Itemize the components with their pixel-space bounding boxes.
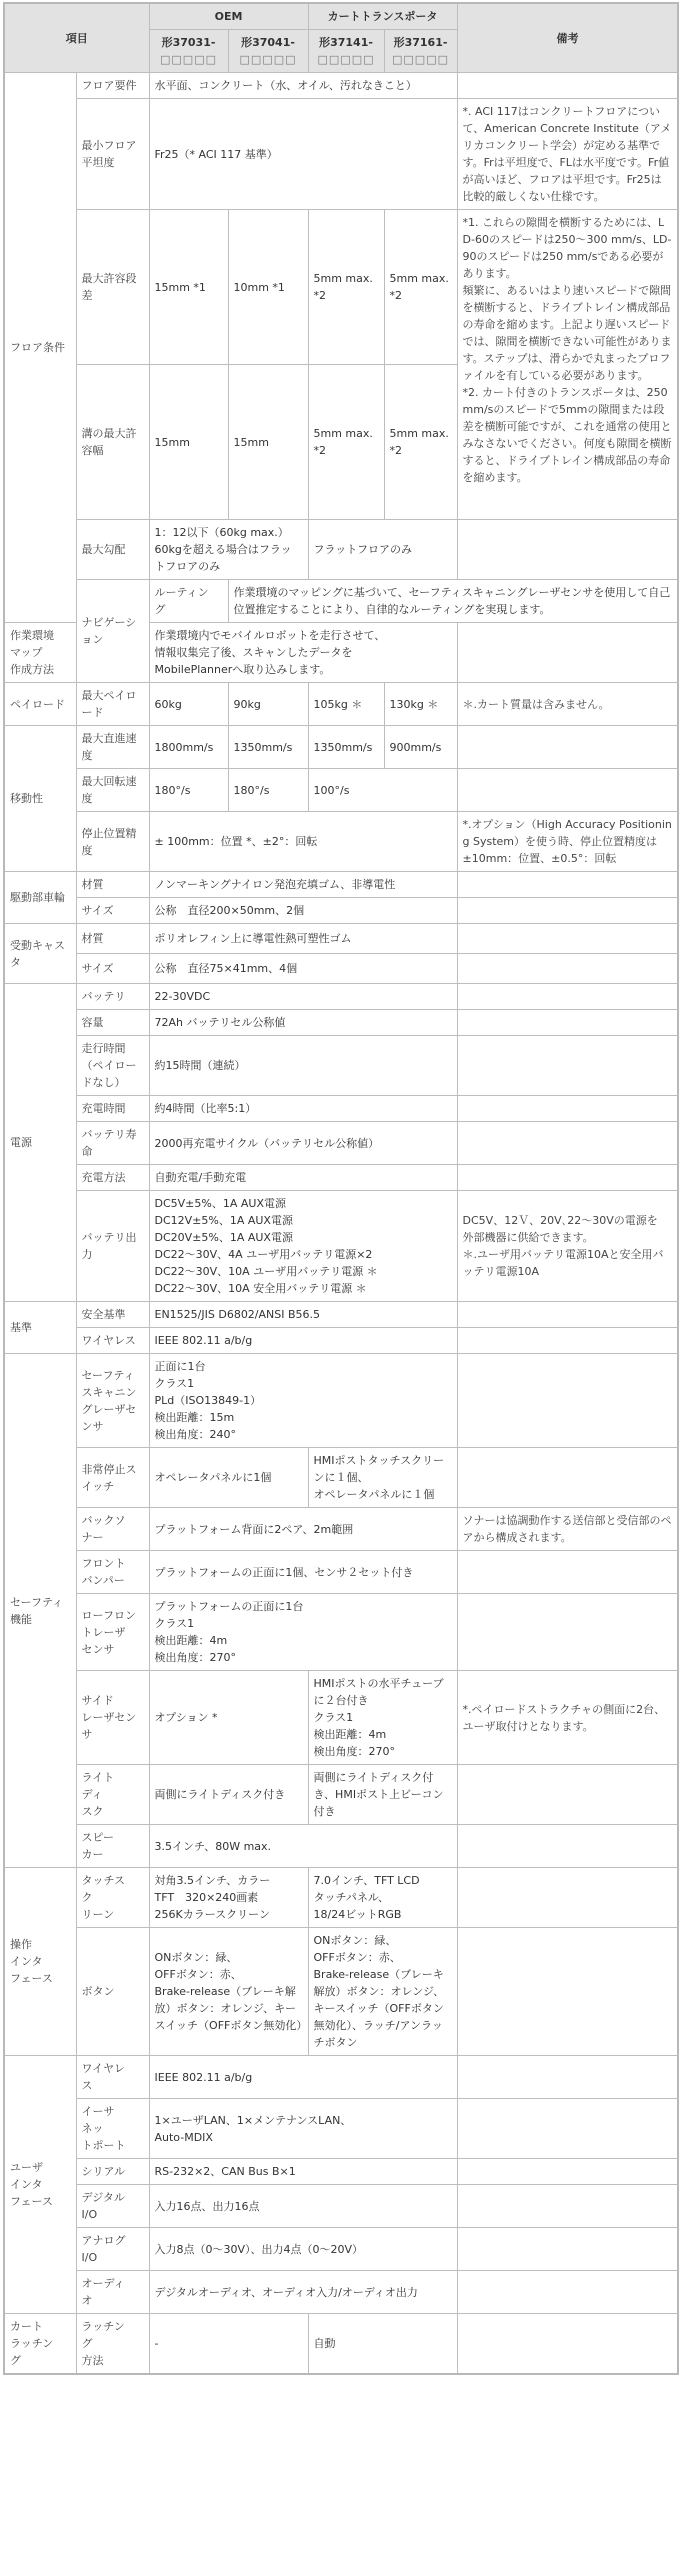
cell-note bbox=[457, 520, 678, 580]
cell-note bbox=[457, 898, 678, 924]
table-row: 走行時間（ペイロードなし） 約15時間（連続） bbox=[4, 1036, 678, 1096]
category-mobility: 移動性 bbox=[4, 726, 76, 872]
cell-note: *. ACI 117はコンクリートフロアについて、American Concre… bbox=[457, 99, 678, 210]
cell-value-oem: オペレータパネルに1個 bbox=[149, 1448, 308, 1508]
cell-value: 1800mm/s bbox=[149, 726, 228, 769]
item-label: 充電方法 bbox=[76, 1165, 149, 1191]
category-power: 電源 bbox=[4, 984, 76, 1302]
table-row: セーフティ機能 セーフティスキャニングレーザセンサ 正面に1台 クラス1 PLd… bbox=[4, 1354, 678, 1448]
cell-note bbox=[457, 1096, 678, 1122]
table-row: 電源 バッテリ 22-30VDC bbox=[4, 984, 678, 1010]
cell-note bbox=[457, 1328, 678, 1354]
table-row: ユーザ インタ フェース ワイヤレ ス IEEE 802.11 a/b/g bbox=[4, 2056, 678, 2099]
header-cart-transporter: カートトランスポータ bbox=[308, 3, 457, 30]
item-label: サイズ bbox=[76, 898, 149, 924]
cell-value-cart: 自動 bbox=[308, 2314, 457, 2375]
item-label: 最大ペイロード bbox=[76, 683, 149, 726]
table-row: 非常停止ス イッチ オペレータパネルに1個 HMIポストタッチスクリーンに１個、… bbox=[4, 1448, 678, 1508]
cell-note bbox=[457, 1551, 678, 1594]
category-cart-latching: カート ラッチン グ bbox=[4, 2314, 76, 2375]
cell-value: 60kg bbox=[149, 683, 228, 726]
table-row: ライト ディ スク 両側にライトディスク付き 両側にライトディスク付き、HMIポ… bbox=[4, 1765, 678, 1825]
cell-value: 1350mm/s bbox=[308, 726, 384, 769]
item-label: バッテリ bbox=[76, 984, 149, 1010]
item-label: オーディ オ bbox=[76, 2271, 149, 2314]
cell-value: 入力16点、出力16点 bbox=[149, 2185, 457, 2228]
cell-value: デジタルオーディオ、オーディオ入力/オーディオ出力 bbox=[149, 2271, 457, 2314]
cell-value: プラットフォーム背面に2ペア、2m範囲 bbox=[149, 1508, 457, 1551]
cell-value: 正面に1台 クラス1 PLd（ISO13849-1） 検出距離：15m 検出角度… bbox=[149, 1354, 457, 1448]
table-row: 最大許容段 差 15mm *1 10mm *1 5mm max. *2 5mm … bbox=[4, 210, 678, 365]
table-row: サイド レーザセン サ オプション * HMIポストの水平チューブに２台付き ク… bbox=[4, 1671, 678, 1765]
cell-note bbox=[457, 2056, 678, 2099]
cell-value-oem: 対角3.5インチ、カラー TFT 320×240画素 256Kカラースクリーン bbox=[149, 1868, 308, 1928]
table-row: オーディ オ デジタルオーディオ、オーディオ入力/オーディオ出力 bbox=[4, 2271, 678, 2314]
item-label: イーサ ネッ トポート bbox=[76, 2099, 149, 2159]
item-label: 安全基準 bbox=[76, 1302, 149, 1328]
header-notes: 備考 bbox=[457, 3, 678, 73]
table-row: ナビゲーション ルーティン グ 作業環境のマッピングに基づいて、セーフティスキャ… bbox=[4, 580, 678, 623]
table-row: 充電方法 自動充電/手動充電 bbox=[4, 1165, 678, 1191]
cell-value-cart: フラットフロアのみ bbox=[308, 520, 457, 580]
cell-note: *.ペイロードストラクチャの側面に2台、ユーザ取付けとなります。 bbox=[457, 1671, 678, 1765]
cell-value: 15mm *1 bbox=[149, 210, 228, 365]
category-payload: ペイロード bbox=[4, 683, 76, 726]
item-label: 最大直進速 度 bbox=[76, 726, 149, 769]
cell-note bbox=[457, 1825, 678, 1868]
item-label: 充電時間 bbox=[76, 1096, 149, 1122]
cell-value-oem: ONボタン：緑、 OFFボタン：赤、 Brake-release（ブレーキ解放）… bbox=[149, 1928, 308, 2056]
table-row: 最大勾配 1：12以下（60kg max.） 60kgを超える場合はフラットフロ… bbox=[4, 520, 678, 580]
item-label: セーフティスキャニングレーザセンサ bbox=[76, 1354, 149, 1448]
cell-note bbox=[457, 2314, 678, 2375]
header-oem: OEM bbox=[149, 3, 308, 30]
table-row: アナログ I/O 入力8点（0～30V）、出力4点（0～20V） bbox=[4, 2228, 678, 2271]
item-label: アナログ I/O bbox=[76, 2228, 149, 2271]
cell-note bbox=[457, 2228, 678, 2271]
cell-value-cart: HMIポストの水平チューブに２台付き クラス1 検出距離：4m 検出角度：270… bbox=[308, 1671, 457, 1765]
table-row: 容量 72Ah バッテリセル公称値 bbox=[4, 1010, 678, 1036]
cell-value: 100°/s bbox=[308, 769, 457, 812]
table-row: イーサ ネッ トポート 1×ユーザLAN、1×メンテナンスLAN、 Auto-M… bbox=[4, 2099, 678, 2159]
table-row: デジタル I/O 入力16点、出力16点 bbox=[4, 2185, 678, 2228]
cell-value-oem: 両側にライトディスク付き bbox=[149, 1765, 308, 1825]
cell-value: プラットフォームの正面に1個、センサ２セット付き bbox=[149, 1551, 457, 1594]
cell-note bbox=[457, 2099, 678, 2159]
item-label: 溝の最大許 容幅 bbox=[76, 365, 149, 520]
cell-value: 180°/s bbox=[228, 769, 308, 812]
cell-value: 15mm bbox=[228, 365, 308, 520]
cell-value: 作業環境のマッピングに基づいて、セーフティスキャニングレーザセンサを使用して自己… bbox=[228, 580, 678, 623]
item-label: 材質 bbox=[76, 872, 149, 898]
item-label: 容量 bbox=[76, 1010, 149, 1036]
cell-note bbox=[457, 769, 678, 812]
table-row: 充電時間 約4時間（比率5:1） bbox=[4, 1096, 678, 1122]
cell-note bbox=[457, 954, 678, 984]
cell-value-cart: 両側にライトディスク付き、HMIポスト上ビーコン付き bbox=[308, 1765, 457, 1825]
category-navigation: ナビゲーション bbox=[76, 580, 149, 683]
cell-value: RS-232×2、CAN Bus B×1 bbox=[149, 2159, 457, 2185]
cell-note bbox=[457, 1302, 678, 1328]
cell-value: IEEE 802.11 a/b/g bbox=[149, 1328, 457, 1354]
cell-value: 5mm max. *2 bbox=[308, 210, 384, 365]
category-operation-interface: 操作 インタ フェース bbox=[4, 1868, 76, 2056]
cell-note bbox=[457, 1868, 678, 1928]
item-label: ローフロン トレーザ センサ bbox=[76, 1594, 149, 1671]
table-row: スピー カー 3.5インチ、80W max. bbox=[4, 1825, 678, 1868]
table-row: 受動キャス タ 材質 ポリオレフィン上に導電性熱可塑性ゴム bbox=[4, 924, 678, 954]
cell-note bbox=[457, 623, 678, 683]
cell-value: 2000再充電サイクル（バッテリセル公称値） bbox=[149, 1122, 457, 1165]
item-label: バッテリ出 力 bbox=[76, 1191, 149, 1302]
item-label: 走行時間（ペイロードなし） bbox=[76, 1036, 149, 1096]
item-label: 最大勾配 bbox=[76, 520, 149, 580]
item-label: バックソ ナー bbox=[76, 1508, 149, 1551]
cell-value: 10mm *1 bbox=[228, 210, 308, 365]
item-label: 作業環境 マップ 作成方法 bbox=[4, 623, 76, 683]
table-row: 駆動部車輪 材質 ノンマーキングナイロン発泡充填ゴム、非導電性 bbox=[4, 872, 678, 898]
cell-value: 130kg ＊ bbox=[384, 683, 457, 726]
cell-value: 約4時間（比率5:1） bbox=[149, 1096, 457, 1122]
cell-note: *1. これらの隙間を横断するためには、LD-60のスピードは250～300 m… bbox=[457, 210, 678, 520]
cell-note: ソナーは協調動作する送信部と受信部のペアから構成されます。 bbox=[457, 1508, 678, 1551]
cell-value: 90kg bbox=[228, 683, 308, 726]
cell-value: ポリオレフィン上に導電性熱可塑性ゴム bbox=[149, 924, 457, 954]
cell-note bbox=[457, 1448, 678, 1508]
item-label: ボタン bbox=[76, 1928, 149, 2056]
cell-note bbox=[457, 1354, 678, 1448]
item-label: フロント バンパー bbox=[76, 1551, 149, 1594]
header-row-1: 項目 OEM カートトランスポータ 備考 bbox=[4, 3, 678, 30]
cell-value: 3.5インチ、80W max. bbox=[149, 1825, 457, 1868]
table-row: サイズ 公称 直径200×50mm、2個 bbox=[4, 898, 678, 924]
category-caster: 受動キャス タ bbox=[4, 924, 76, 984]
cell-value: 作業環境内でモバイルロボットを走行させて、 情報収集完了後、スキャンしたデータを… bbox=[149, 623, 457, 683]
item-label: ラッチン グ 方法 bbox=[76, 2314, 149, 2375]
item-label: フロア要件 bbox=[76, 73, 149, 99]
cell-value-oem: 1：12以下（60kg max.） 60kgを超える場合はフラットフロアのみ bbox=[149, 520, 308, 580]
table-row: ローフロン トレーザ センサ プラットフォームの正面に1台 クラス1 検出距離：… bbox=[4, 1594, 678, 1671]
cell-value: 5mm max. *2 bbox=[384, 210, 457, 365]
cell-note bbox=[457, 1928, 678, 2056]
cell-value: 公称 直径200×50mm、2個 bbox=[149, 898, 457, 924]
item-label: 材質 bbox=[76, 924, 149, 954]
cell-value-oem: オプション * bbox=[149, 1671, 308, 1765]
cell-note bbox=[457, 73, 678, 99]
table-row: 基準 安全基準 EN1525/JIS D6802/ANSI B56.5 bbox=[4, 1302, 678, 1328]
header-model-37141: 形37141-□□□□□ bbox=[308, 30, 384, 73]
cell-note bbox=[457, 1594, 678, 1671]
item-label: 最大回転速 度 bbox=[76, 769, 149, 812]
table-row: 停止位置精 度 ± 100mm：位置 *、±2°：回転 *.オプション（High… bbox=[4, 812, 678, 872]
cell-note bbox=[457, 1765, 678, 1825]
cell-value-cart: ONボタン：緑、 OFFボタン：赤、 Brake-release（ブレーキ解放）… bbox=[308, 1928, 457, 2056]
cell-note: *.オプション（High Accuracy Positioning System… bbox=[457, 812, 678, 872]
table-row: ペイロード 最大ペイロード 60kg 90kg 105kg ＊ 130kg ＊ … bbox=[4, 683, 678, 726]
cell-note bbox=[457, 924, 678, 954]
category-standards: 基準 bbox=[4, 1302, 76, 1354]
cell-note bbox=[457, 1036, 678, 1096]
cell-value: 1350mm/s bbox=[228, 726, 308, 769]
cell-note bbox=[457, 1010, 678, 1036]
item-label: ライト ディ スク bbox=[76, 1765, 149, 1825]
cell-value: Fr25（* ACI 117 基準） bbox=[149, 99, 457, 210]
cell-value: プラットフォームの正面に1台 クラス1 検出距離：4m 検出角度：270° bbox=[149, 1594, 457, 1671]
table-row: フロア条件 フロア要件 水平面、コンクリート（水、オイル、汚れなきこと） bbox=[4, 73, 678, 99]
item-label: ワイヤレ ス bbox=[76, 2056, 149, 2099]
table-row: 移動性 最大直進速 度 1800mm/s 1350mm/s 1350mm/s 9… bbox=[4, 726, 678, 769]
item-label: 停止位置精 度 bbox=[76, 812, 149, 872]
cell-value-cart: 7.0インチ、TFT LCD タッチパネル、 18/24ビットRGB bbox=[308, 1868, 457, 1928]
item-label: デジタル I/O bbox=[76, 2185, 149, 2228]
item-label: タッチス ク リーン bbox=[76, 1868, 149, 1928]
cell-note: ＊.カート質量は含みません。 bbox=[457, 683, 678, 726]
table-row: 最大回転速 度 180°/s 180°/s 100°/s bbox=[4, 769, 678, 812]
item-label: シリアル bbox=[76, 2159, 149, 2185]
item-label: 最大許容段 差 bbox=[76, 210, 149, 365]
cell-value: ± 100mm：位置 *、±2°：回転 bbox=[149, 812, 457, 872]
cell-note bbox=[457, 872, 678, 898]
header-model-37161: 形37161-□□□□□ bbox=[384, 30, 457, 73]
cell-value: 公称 直径75×41mm、4個 bbox=[149, 954, 457, 984]
cell-value: 900mm/s bbox=[384, 726, 457, 769]
cell-note bbox=[457, 1165, 678, 1191]
spec-table-container: 項目 OEM カートトランスポータ 備考 形37031-□□□□□ 形37041… bbox=[0, 0, 680, 2375]
cell-note bbox=[457, 1122, 678, 1165]
table-row: ワイヤレス IEEE 802.11 a/b/g bbox=[4, 1328, 678, 1354]
table-row: 操作 インタ フェース タッチス ク リーン 対角3.5インチ、カラー TFT … bbox=[4, 1868, 678, 1928]
category-floor: フロア条件 bbox=[4, 73, 76, 623]
cell-note bbox=[457, 2271, 678, 2314]
cell-value: ノンマーキングナイロン発泡充填ゴム、非導電性 bbox=[149, 872, 457, 898]
cell-value: 約15時間（連続） bbox=[149, 1036, 457, 1096]
category-safety: セーフティ機能 bbox=[4, 1354, 76, 1868]
header-model-37031: 形37031-□□□□□ bbox=[149, 30, 228, 73]
cell-value: IEEE 802.11 a/b/g bbox=[149, 2056, 457, 2099]
category-drive-wheel: 駆動部車輪 bbox=[4, 872, 76, 924]
spec-table: 項目 OEM カートトランスポータ 備考 形37031-□□□□□ 形37041… bbox=[3, 2, 679, 2375]
table-row: フロント バンパー プラットフォームの正面に1個、センサ２セット付き bbox=[4, 1551, 678, 1594]
cell-value: 72Ah バッテリセル公称値 bbox=[149, 1010, 457, 1036]
table-row: シリアル RS-232×2、CAN Bus B×1 bbox=[4, 2159, 678, 2185]
cell-value: 入力8点（0～30V）、出力4点（0～20V） bbox=[149, 2228, 457, 2271]
table-row: バッテリ寿 命 2000再充電サイクル（バッテリセル公称値） bbox=[4, 1122, 678, 1165]
item-label: 非常停止ス イッチ bbox=[76, 1448, 149, 1508]
table-row: カート ラッチン グ ラッチン グ 方法 - 自動 bbox=[4, 2314, 678, 2375]
category-user-interface: ユーザ インタ フェース bbox=[4, 2056, 76, 2314]
cell-value-cart: HMIポストタッチスクリーンに１個、 オペレータパネルに１個 bbox=[308, 1448, 457, 1508]
table-row: 最小フロア 平坦度 Fr25（* ACI 117 基準） *. ACI 117は… bbox=[4, 99, 678, 210]
cell-note bbox=[457, 726, 678, 769]
item-label: 最小フロア 平坦度 bbox=[76, 99, 149, 210]
cell-value: 1×ユーザLAN、1×メンテナンスLAN、 Auto-MDIX bbox=[149, 2099, 457, 2159]
item-label: サイズ bbox=[76, 954, 149, 984]
header-item: 項目 bbox=[4, 3, 149, 73]
item-label: ルーティン グ bbox=[149, 580, 228, 623]
item-label: バッテリ寿 命 bbox=[76, 1122, 149, 1165]
cell-value: 5mm max. *2 bbox=[384, 365, 457, 520]
table-row: バッテリ出 力 DC5V±5%、1A AUX電源 DC12V±5%、1A AUX… bbox=[4, 1191, 678, 1302]
item-label: ワイヤレス bbox=[76, 1328, 149, 1354]
cell-value: DC5V±5%、1A AUX電源 DC12V±5%、1A AUX電源 DC20V… bbox=[149, 1191, 457, 1302]
cell-value: EN1525/JIS D6802/ANSI B56.5 bbox=[149, 1302, 457, 1328]
table-row: バックソ ナー プラットフォーム背面に2ペア、2m範囲 ソナーは協調動作する送信… bbox=[4, 1508, 678, 1551]
cell-value: 5mm max. *2 bbox=[308, 365, 384, 520]
table-row: ボタン ONボタン：緑、 OFFボタン：赤、 Brake-release（ブレー… bbox=[4, 1928, 678, 2056]
table-row: サイズ 公称 直径75×41mm、4個 bbox=[4, 954, 678, 984]
cell-note: DC5V、12Ｖ、20V､22～30Vの電源を 外部機器に供給できます。 ＊.ユ… bbox=[457, 1191, 678, 1302]
cell-value: 15mm bbox=[149, 365, 228, 520]
cell-value: 22-30VDC bbox=[149, 984, 457, 1010]
cell-value: 105kg ＊ bbox=[308, 683, 384, 726]
cell-value: 水平面、コンクリート（水、オイル、汚れなきこと） bbox=[149, 73, 457, 99]
cell-note bbox=[457, 2185, 678, 2228]
cell-value: 自動充電/手動充電 bbox=[149, 1165, 457, 1191]
cell-note bbox=[457, 2159, 678, 2185]
header-model-37041: 形37041-□□□□□ bbox=[228, 30, 308, 73]
cell-value: 180°/s bbox=[149, 769, 228, 812]
cell-value-oem: - bbox=[149, 2314, 308, 2375]
item-label: スピー カー bbox=[76, 1825, 149, 1868]
item-label: サイド レーザセン サ bbox=[76, 1671, 149, 1765]
cell-note bbox=[457, 984, 678, 1010]
